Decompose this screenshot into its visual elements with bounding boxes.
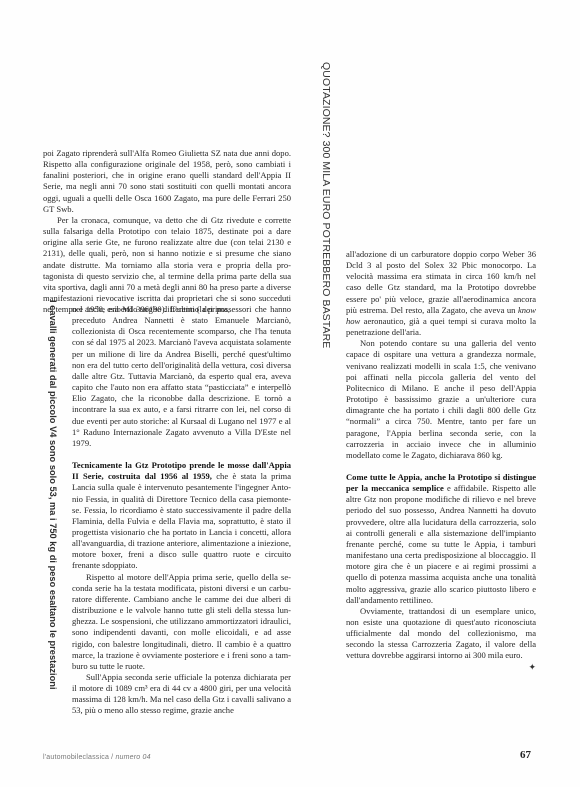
paragraph: Rispetto al motore dell'Appia prima seri…: [72, 572, 291, 672]
issue-number: numero 04: [115, 754, 150, 761]
right-column: all'adozione di un carburatore doppio co…: [346, 249, 536, 673]
paragraph-text: e affi­dabile. Rispetto alle altre Gtz n…: [346, 483, 536, 605]
paragraph-text: aeronautico, già a quei tem­pi si curava…: [346, 316, 536, 337]
left-column-top: poi Zagato riprenderà sull'Alfa Romeo Gi…: [43, 148, 291, 315]
paragraph-text: all'adozione di un carburatore doppio co…: [346, 249, 536, 315]
end-of-article-icon: ✦: [514, 662, 536, 673]
paragraph-text: Ovviamente, trattandosi di un esemplare …: [346, 606, 536, 661]
paragraph: Tecnicamente la Gtz Prototipo prende le …: [72, 460, 291, 572]
paragraph: Ovviamente, trattandosi di un esemplare …: [346, 606, 536, 662]
page-number: 67: [520, 749, 531, 761]
side-caption-left: I cavalli generati dal piccolo V4 sono s…: [44, 300, 58, 770]
paragraph-text: nel 1958, era MI 396190). L'ultimo dei p…: [72, 304, 291, 448]
paragraph-text: Non potendo contare su una galleria del …: [346, 338, 536, 460]
paragraph: Per la cronaca, comunque, va detto che d…: [43, 215, 291, 315]
paragraph: all'adozione di un carburatore doppio co…: [346, 249, 536, 338]
magazine-page: QUOTAZIONE? 300 MILA EURO POTREBBERO BAS…: [0, 0, 580, 787]
paragraph: Come tutte le Appia, anche la Prototipo …: [346, 472, 536, 606]
left-column-bottom: nel 1958, era MI 396190). L'ultimo dei p…: [72, 304, 291, 717]
footer-magazine-name: l'automobileclassica / numero 04: [43, 754, 151, 761]
side-caption-right: QUOTAZIONE? 300 MILA EURO POTREBBERO BAS…: [318, 62, 332, 302]
paragraph-text: Sull'Appia seconda serie ufficiale la po…: [72, 672, 291, 715]
paragraph-text: Rispetto al motore dell'Appia prima seri…: [72, 572, 291, 671]
paragraph: Sull'Appia seconda serie ufficiale la po…: [72, 672, 291, 717]
magazine-name: l'automobileclassica /: [43, 754, 115, 761]
paragraph: nel 1958, era MI 396190). L'ultimo dei p…: [72, 304, 291, 449]
paragraph: Non potendo contare su una galleria del …: [346, 338, 536, 461]
paragraph: poi Zagato riprenderà sull'Alfa Romeo Gi…: [43, 148, 291, 215]
paragraph-text: che è stata la prima Lancia sulla quale …: [72, 471, 291, 570]
